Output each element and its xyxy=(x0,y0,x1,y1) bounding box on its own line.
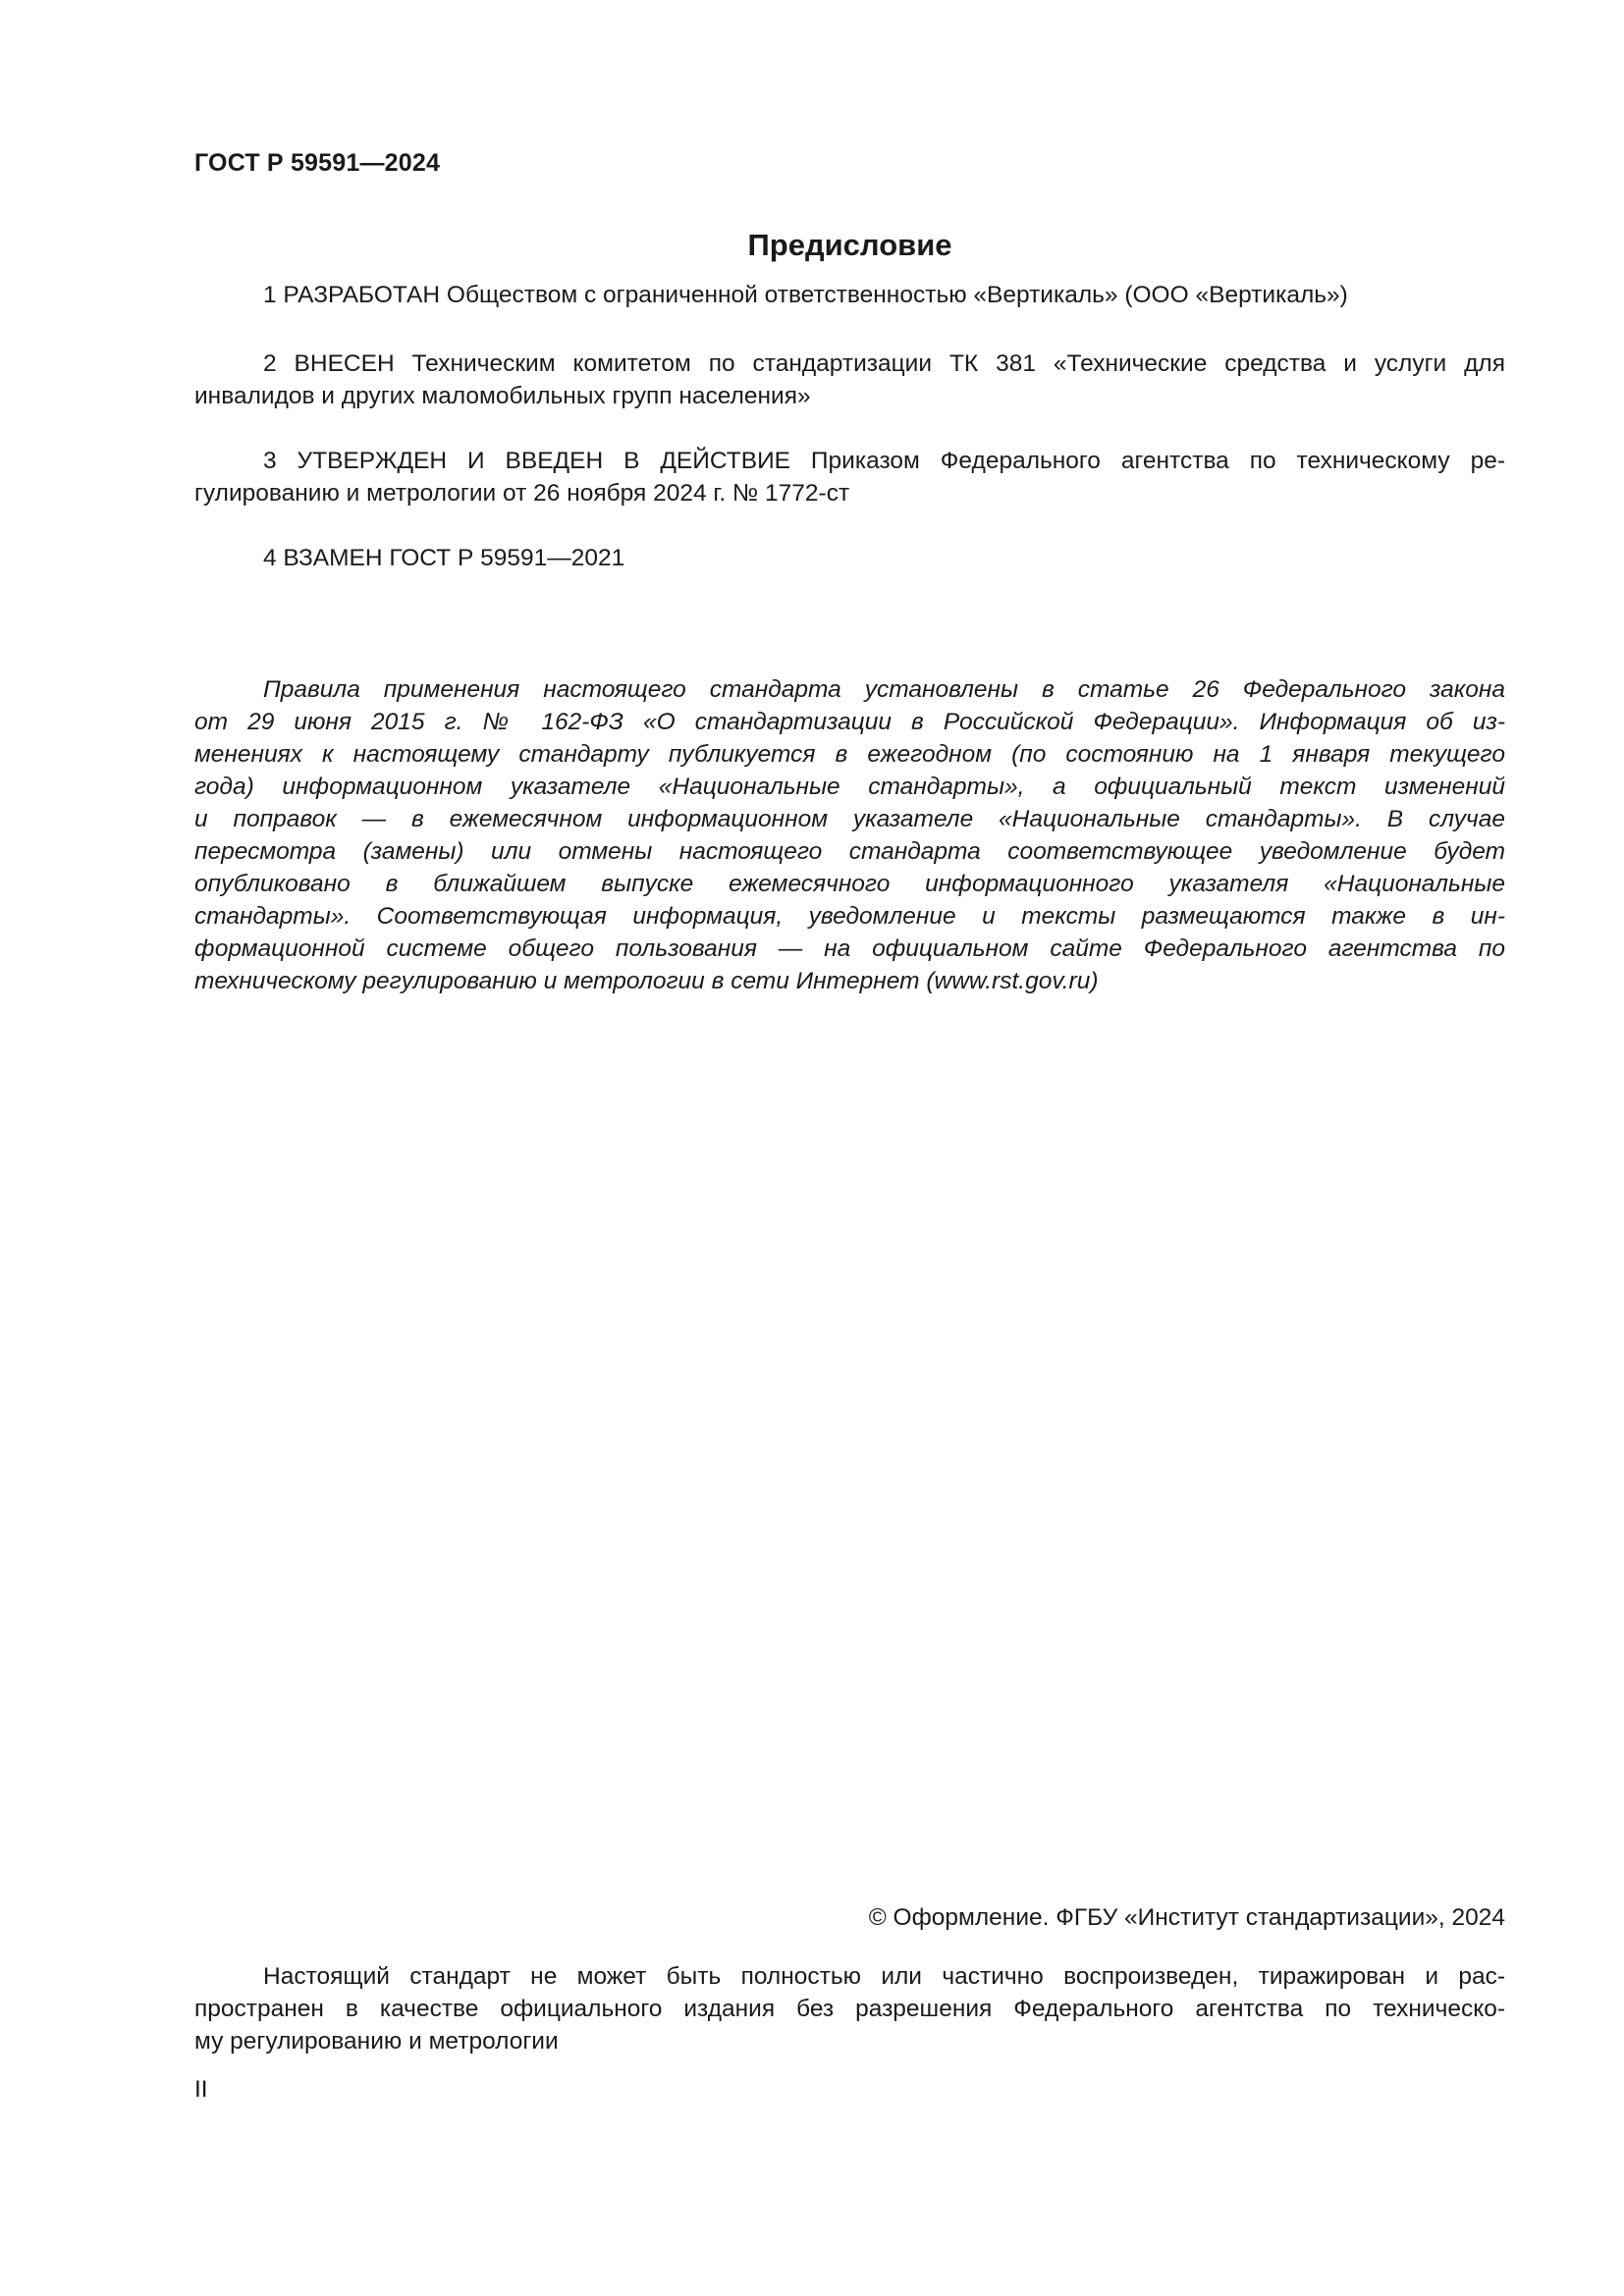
preface-item-replaces: 4 ВЗАМЕН ГОСТ Р 59591—2021 xyxy=(194,542,1505,574)
preface-line: 3 УТВЕРЖДЕН И ВВЕДЕН В ДЕЙСТВИЕ Приказом… xyxy=(194,445,1505,477)
rules-line: и поправок — в ежемесячном информационно… xyxy=(194,803,1505,835)
rules-line: менениях к настоящему стандарту публикуе… xyxy=(194,738,1505,771)
rules-line: опубликовано в ближайшем выпуске ежемеся… xyxy=(194,868,1505,900)
rules-line: Правила применения настоящего стандарта … xyxy=(194,673,1505,706)
rules-line: от 29 июня 2015 г. № 162-ФЗ «О стандарти… xyxy=(194,706,1505,738)
preface-line: 1 РАЗРАБОТАН Обществом с ограниченной от… xyxy=(194,279,1505,311)
notice-line: му регулированию и метрологии xyxy=(194,2025,1505,2057)
rules-line: техническому регулированию и метрологии … xyxy=(194,965,1505,997)
rules-line: пересмотра (замены) или отмены настоящег… xyxy=(194,835,1505,868)
section-title: Предисловие xyxy=(0,228,1624,263)
document-page: ГОСТ Р 59591—2024 Предисловие 1 РАЗРАБОТ… xyxy=(0,0,1624,2296)
rules-line: года) информационном указателе «Национал… xyxy=(194,771,1505,803)
copyright-notice: © Оформление. ФГБУ «Институт стандартиза… xyxy=(194,1901,1505,1934)
preface-line: 2 ВНЕСЕН Техническим комитетом по станда… xyxy=(194,347,1505,380)
page-number: II xyxy=(194,2073,208,2106)
reproduction-notice: Настоящий стандарт не может быть полност… xyxy=(194,1960,1505,2057)
notice-line: Настоящий стандарт не может быть полност… xyxy=(194,1960,1505,1993)
application-rules-paragraph: Правила применения настоящего стандарта … xyxy=(194,673,1505,997)
preface-item-approved: 3 УТВЕРЖДЕН И ВВЕДЕН В ДЕЙСТВИЕ Приказом… xyxy=(194,445,1505,509)
preface-line: инвалидов и других маломобильных групп н… xyxy=(194,380,1505,412)
preface-item-submitted: 2 ВНЕСЕН Техническим комитетом по станда… xyxy=(194,347,1505,412)
preface-item-developed: 1 РАЗРАБОТАН Обществом с ограниченной от… xyxy=(194,279,1505,311)
preface-line: гулированию и метрологии от 26 ноября 20… xyxy=(194,477,1505,509)
rules-line: формационной системе общего пользования … xyxy=(194,933,1505,965)
document-code: ГОСТ Р 59591—2024 xyxy=(194,149,440,178)
preface-line: 4 ВЗАМЕН ГОСТ Р 59591—2021 xyxy=(194,542,1505,574)
notice-line: пространен в качестве официального издан… xyxy=(194,1993,1505,2025)
rules-line: стандарты». Соответствующая информация, … xyxy=(194,900,1505,933)
